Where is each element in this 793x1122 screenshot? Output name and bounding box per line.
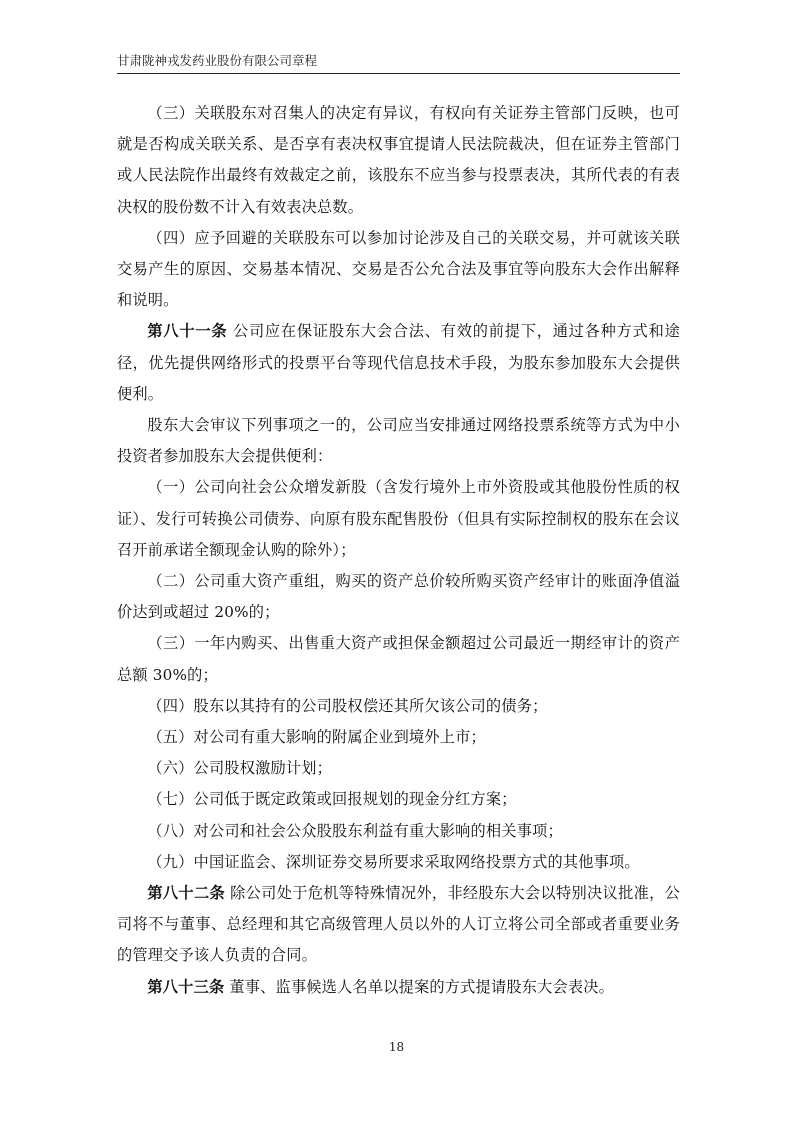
header-divider: [117, 73, 680, 74]
article-81: 第八十一条 公司应在保证股东大会合法、有效的前提下，通过各种方式和途径，优先提供…: [117, 316, 680, 410]
list-item-8: （八）对公司和社会公众股股东利益有重大影响的相关事项；: [117, 816, 680, 847]
list-item-3: （三）一年内购买、出售重大资产或担保金额超过公司最近一期经审计的资产总额 30%…: [117, 628, 680, 690]
article-82-heading: 第八十二条: [147, 884, 225, 902]
list-item-6: （六）公司股权激励计划；: [117, 753, 680, 784]
list-item-4: （四）股东以其持有的公司股权偿还其所欠该公司的债务；: [117, 691, 680, 722]
article-82: 第八十二条 除公司处于危机等特殊情况外，非经股东大会以特别决议批准，公司将不与董…: [117, 878, 680, 972]
paragraph-related-shareholder-objection: （三）关联股东对召集人的决定有异议，有权向有关证券主管部门反映，也可就是否构成关…: [117, 98, 680, 223]
document-body: （三）关联股东对召集人的决定有异议，有权向有关证券主管部门反映，也可就是否构成关…: [117, 98, 680, 1003]
article-83: 第八十三条 董事、监事候选人名单以提案的方式提请股东大会表决。: [117, 972, 680, 1003]
article-83-heading: 第八十三条: [147, 978, 224, 996]
article-81-heading: 第八十一条: [147, 322, 227, 340]
list-item-7: （七）公司低于既定政策或回报规划的现金分红方案；: [117, 784, 680, 815]
page-number: 18: [0, 1040, 793, 1054]
article-83-text: 董事、监事候选人名单以提案的方式提请股东大会表决。: [224, 978, 614, 996]
list-item-9: （九）中国证监会、深圳证券交易所要求采取网络投票方式的其他事项。: [117, 847, 680, 878]
list-item-5: （五）对公司有重大影响的附属企业到境外上市；: [117, 722, 680, 753]
paragraph-online-voting-intro: 股东大会审议下列事项之一的，公司应当安排通过网络投票系统等方式为中小投资者参加股…: [117, 410, 680, 472]
paragraph-recused-shareholder-discussion: （四）应予回避的关联股东可以参加讨论涉及自己的关联交易，并可就该关联交易产生的原…: [117, 223, 680, 317]
list-item-1: （一）公司向社会公众增发新股（含发行境外上市外资股或其他股份性质的权证）、发行可…: [117, 472, 680, 566]
running-header: 甘肃陇神戎发药业股份有限公司章程: [117, 52, 602, 70]
list-item-2: （二）公司重大资产重组，购买的资产总价较所购买资产经审计的账面净值溢价达到或超过…: [117, 566, 680, 628]
